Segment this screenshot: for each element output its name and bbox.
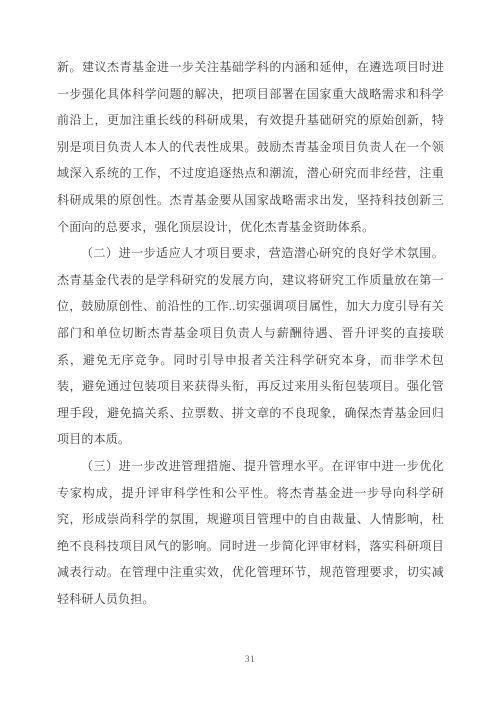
page-footer: 31 xyxy=(0,649,500,667)
document-page: 新。建议杰青基金进一步关注基础学科的内涵和延伸，在遴选项目时进一步强化具体科学问… xyxy=(0,0,500,707)
document-body: 新。建议杰青基金进一步关注基础学科的内涵和延伸，在遴选项目时进一步强化具体科学问… xyxy=(57,54,444,612)
paragraph: （三）进一步改进管理措施、提升管理水平。在评审中进一步优化专家构成，提升评审科学… xyxy=(57,453,444,613)
paragraph: 新。建议杰青基金进一步关注基础学科的内涵和延伸，在遴选项目时进一步强化具体科学问… xyxy=(57,54,444,240)
paragraph: （二）进一步适应人才项目要求，营造潜心研究的良好学术氛围。杰青基金代表的是学科研… xyxy=(57,240,444,453)
page-number: 31 xyxy=(245,654,255,664)
